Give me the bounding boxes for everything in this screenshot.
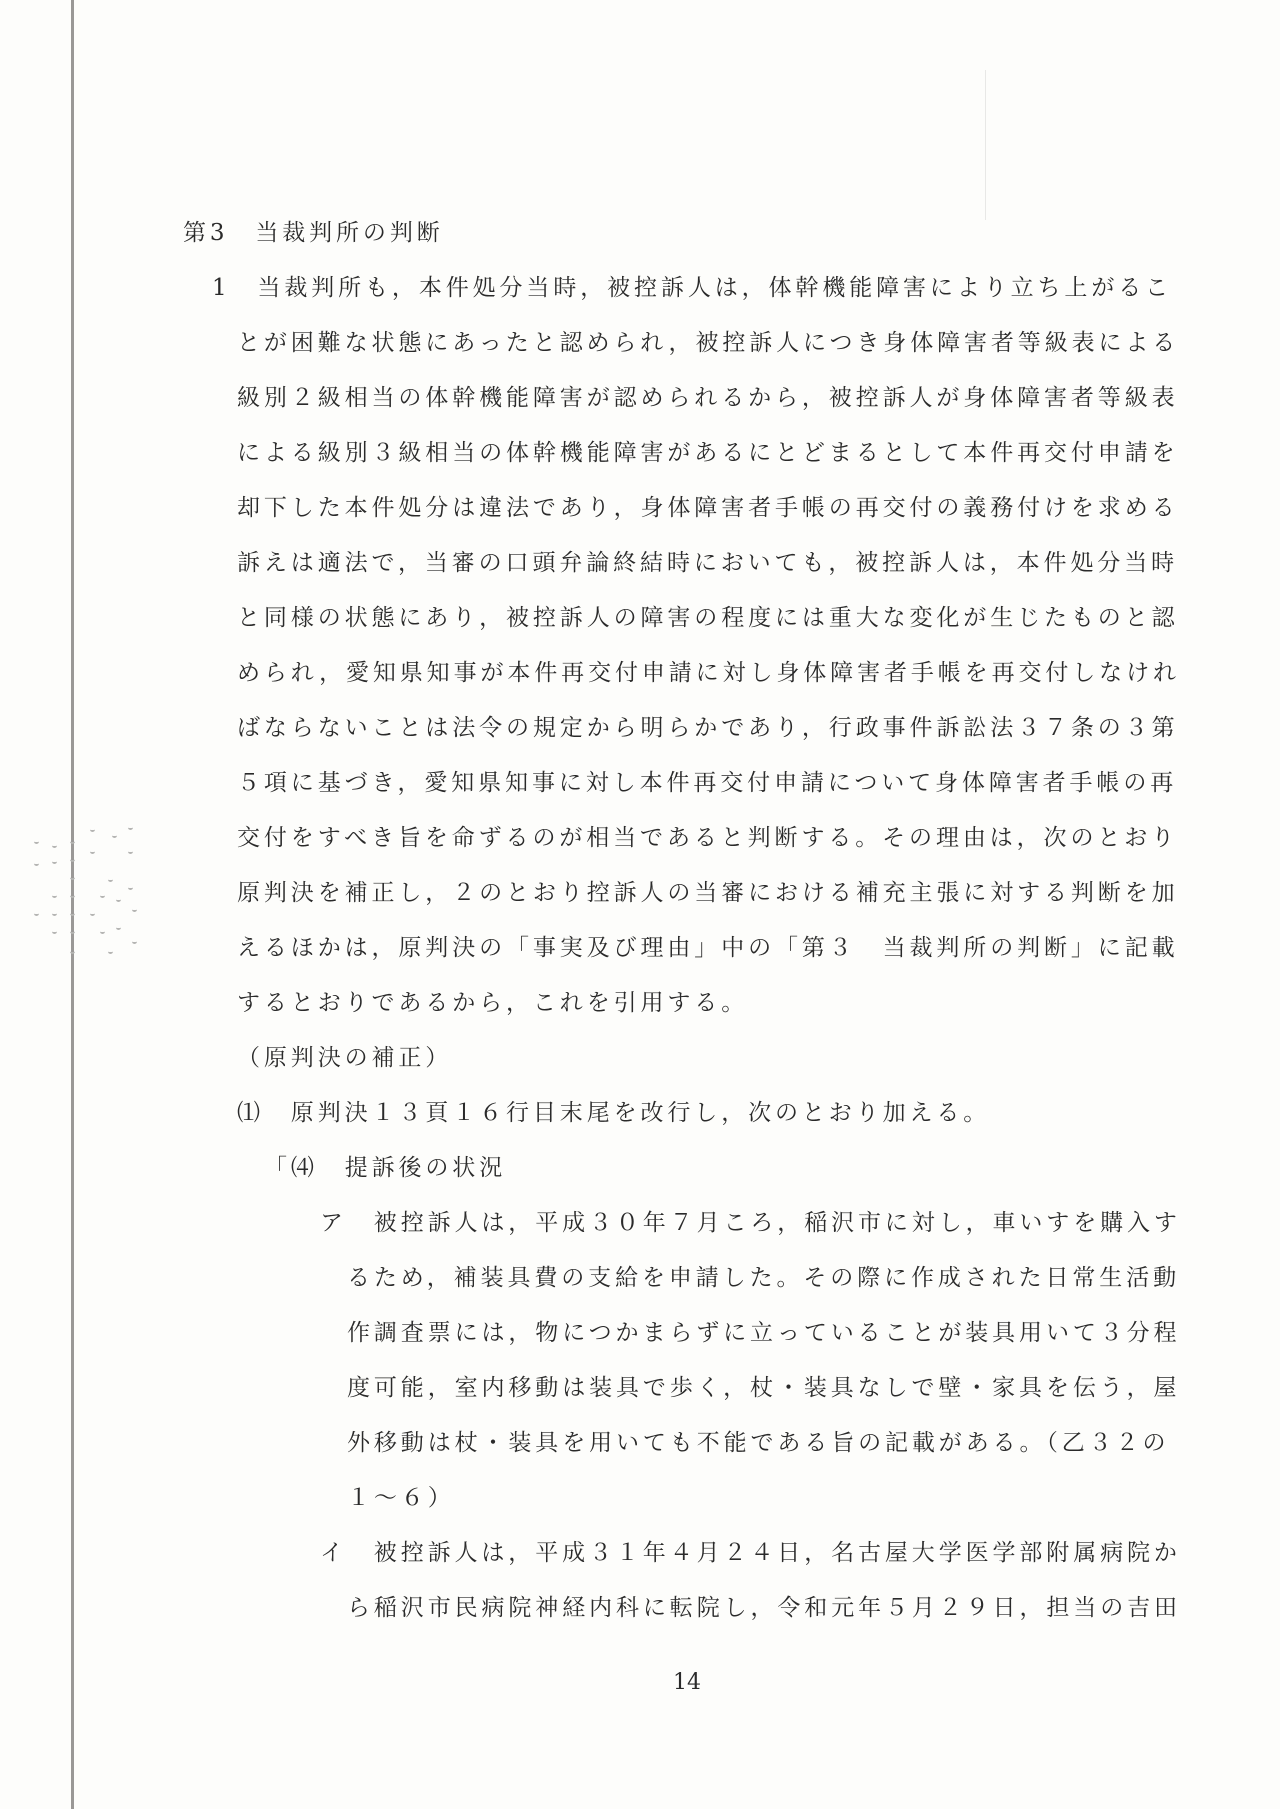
paragraph-1-line-4: による級別３級相当の体幹機能障害があるにとどまるとして本件再交付申請を [237,438,1179,468]
paragraph-1-line-14: するとおりであるから，これを引用する。 [237,988,748,1018]
page-number: 14 [673,1668,701,1698]
correction-heading: （原判決の補正） [237,1043,452,1073]
scan-artifact-line [985,70,986,220]
paragraph-1-line-13: えるほかは，原判決の「事実及び理由」中の「第３ 当裁判所の判断」に記載 [237,933,1179,963]
item-a-line-6: １～６） [347,1483,455,1513]
item-i-line-2: ら稲沢市民病院神経内科に転院し，令和元年５月２９日，担当の吉田 [347,1593,1181,1623]
punch-hole-marks [30,840,150,990]
paragraph-1-line-7: と同様の状態にあり，被控訴人の障害の程度には重大な変化が生じたものと認 [237,603,1179,633]
paragraph-1-line-12: 原判決を補正し，２のとおり控訴人の当審における補充主張に対する判断を加 [237,878,1179,908]
item-4-heading: 「⑷ 提訴後の状況 [264,1153,506,1183]
item-i-line-1: イ 被控訴人は，平成３１年４月２４日，名古屋大学医学部附属病院か [320,1538,1181,1568]
paragraph-1-line-6: 訴えは適法で，当審の口頭弁論終結時においても，被控訴人は，本件処分当時 [237,548,1178,578]
section-heading: 第3 当裁判所の判断 [183,218,444,248]
paragraph-1-line-5: 却下した本件処分は違法であり，身体障害者手帳の再交付の義務付けを求める [237,493,1179,523]
paragraph-1-line-2: とが困難な状態にあったと認められ，被控訴人につき身体障害者等級表による [237,328,1179,358]
paragraph-1-line-10: ５項に基づき，愛知県知事に対し本件再交付申請について身体障害者手帳の再 [237,768,1177,798]
item-a-line-2: るため，補装具費の支給を申請した。その際に作成された日常生活動 [347,1263,1180,1293]
paragraph-1-line-1: 1 当裁判所も，本件処分当時，被控訴人は，体幹機能障害により立ち上がるこ [212,273,1172,303]
paragraph-1-line-11: 交付をすべき旨を命ずるのが相当であると判断する。その理由は，次のとおり [237,823,1178,853]
item-a-line-5: 外移動は杖・装具を用いても不能である旨の記載がある。（乙３２の [347,1428,1169,1458]
item-a-line-3: 作調査票には，物につかまらずに立っていることが装具用いて３分程 [347,1318,1180,1348]
item-a-line-4: 度可能，室内移動は装具で歩く，杖・装具なしで壁・家具を伝う，屋 [347,1373,1180,1403]
paragraph-1-line-9: ばならないことは法令の規定から明らかであり，行政事件訴訟法３７条の３第 [237,713,1179,743]
paragraph-1-line-3: 級別２級相当の体幹機能障害が認められるから，被控訴人が身体障害者等級表 [237,383,1179,413]
paragraph-1-line-8: められ，愛知県知事が本件再交付申請に対し身体障害者手帳を再交付しなけれ [237,658,1180,688]
item-1: ⑴ 原判決１３頁１６行目末尾を改行し，次のとおり加える。 [237,1098,990,1128]
item-a-line-1: ア 被控訴人は，平成３０年７月ころ，稲沢市に対し，車いすを購入す [320,1208,1181,1238]
